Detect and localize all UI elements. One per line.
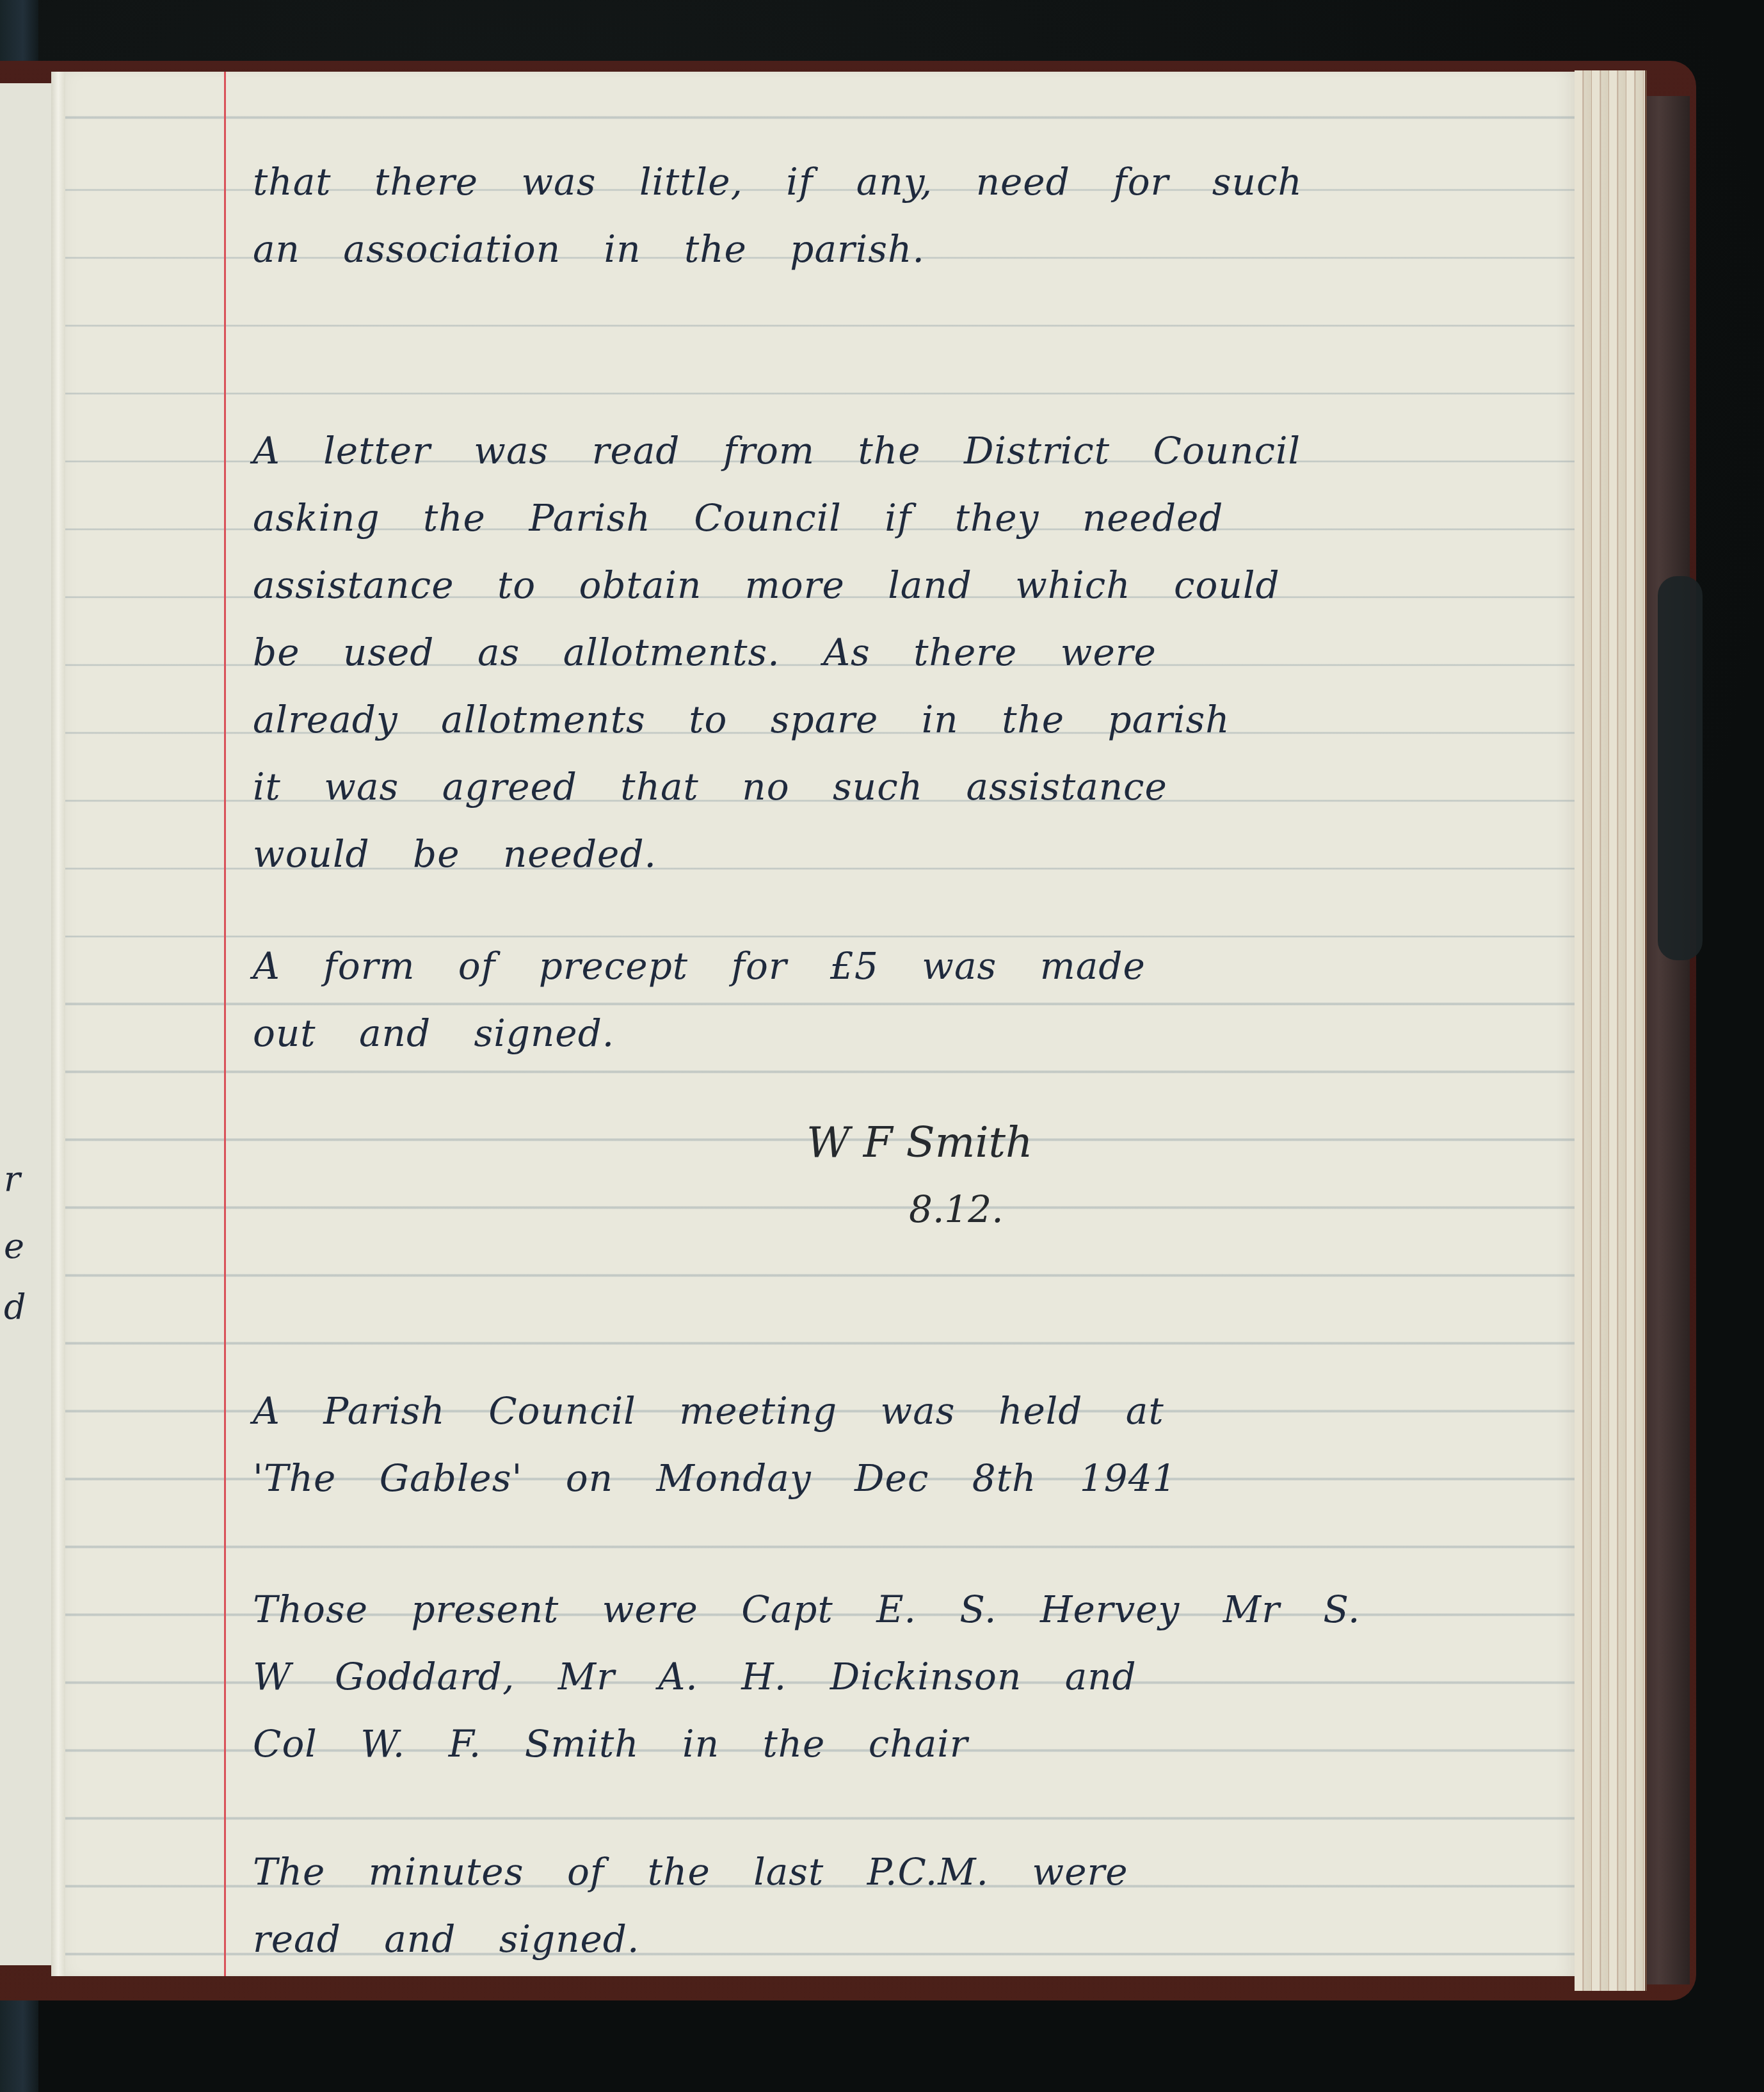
paragraph-meeting-held: A Parish Council meeting was held at 'Th… <box>253 1378 1533 1512</box>
text-line: asking the Parish Council if they needed <box>253 485 1533 552</box>
left-page-fragment: e <box>4 1226 24 1266</box>
red-margin-rule <box>224 72 226 1976</box>
text-line: assistance to obtain more land which cou… <box>253 552 1533 619</box>
text-line: A form of precept for £5 was made <box>253 933 1533 1000</box>
signature-name: W F Smith <box>806 1109 1191 1176</box>
paragraph-allotments-letter: A letter was read from the District Coun… <box>253 417 1533 888</box>
text-line: it was agreed that no such assistance <box>253 753 1533 821</box>
left-page-fragment: r <box>4 1159 20 1199</box>
paragraph-minutes-read: The minutes of the last P.C.M. were read… <box>253 1839 1533 1973</box>
text-line: already allotments to spare in the paris… <box>253 686 1533 753</box>
paragraph-precept: A form of precept for £5 was made out an… <box>253 933 1533 1067</box>
text-line: A letter was read from the District Coun… <box>253 417 1533 485</box>
paragraph-attendees: Those present were Capt E. S. Hervey Mr … <box>253 1576 1533 1778</box>
text-line: Those present were Capt E. S. Hervey Mr … <box>253 1576 1533 1643</box>
text-line: that there was little, if any, need for … <box>253 149 1533 216</box>
text-line: A Parish Council meeting was held at <box>253 1378 1533 1445</box>
signature-date: 8.12. <box>806 1176 1191 1243</box>
gutter-crease <box>51 72 65 1976</box>
chairman-signature: W F Smith 8.12. <box>806 1109 1191 1243</box>
left-page-fragment: d <box>4 1287 26 1327</box>
text-line: 'The Gables' on Monday Dec 8th 1941 <box>253 1445 1533 1512</box>
text-line: an association in the parish. <box>253 216 1533 283</box>
paragraph-association: that there was little, if any, need for … <box>253 149 1533 283</box>
text-line: read and signed. <box>253 1906 1533 1973</box>
left-page-edge: r e d <box>0 83 52 1965</box>
text-line: out and signed. <box>253 1000 1533 1067</box>
text-line: would be needed. <box>253 821 1533 888</box>
notebook-page: that there was little, if any, need for … <box>51 72 1575 1976</box>
text-line: Col W. F. Smith in the chair <box>253 1710 1533 1778</box>
text-line: be used as allotments. As there were <box>253 619 1533 686</box>
page-stack-edge <box>1575 70 1647 1991</box>
text-line: The minutes of the last P.C.M. were <box>253 1839 1533 1906</box>
text-line: W Goddard, Mr A. H. Dickinson and <box>253 1643 1533 1710</box>
worn-binding-cloth <box>1658 576 1703 960</box>
